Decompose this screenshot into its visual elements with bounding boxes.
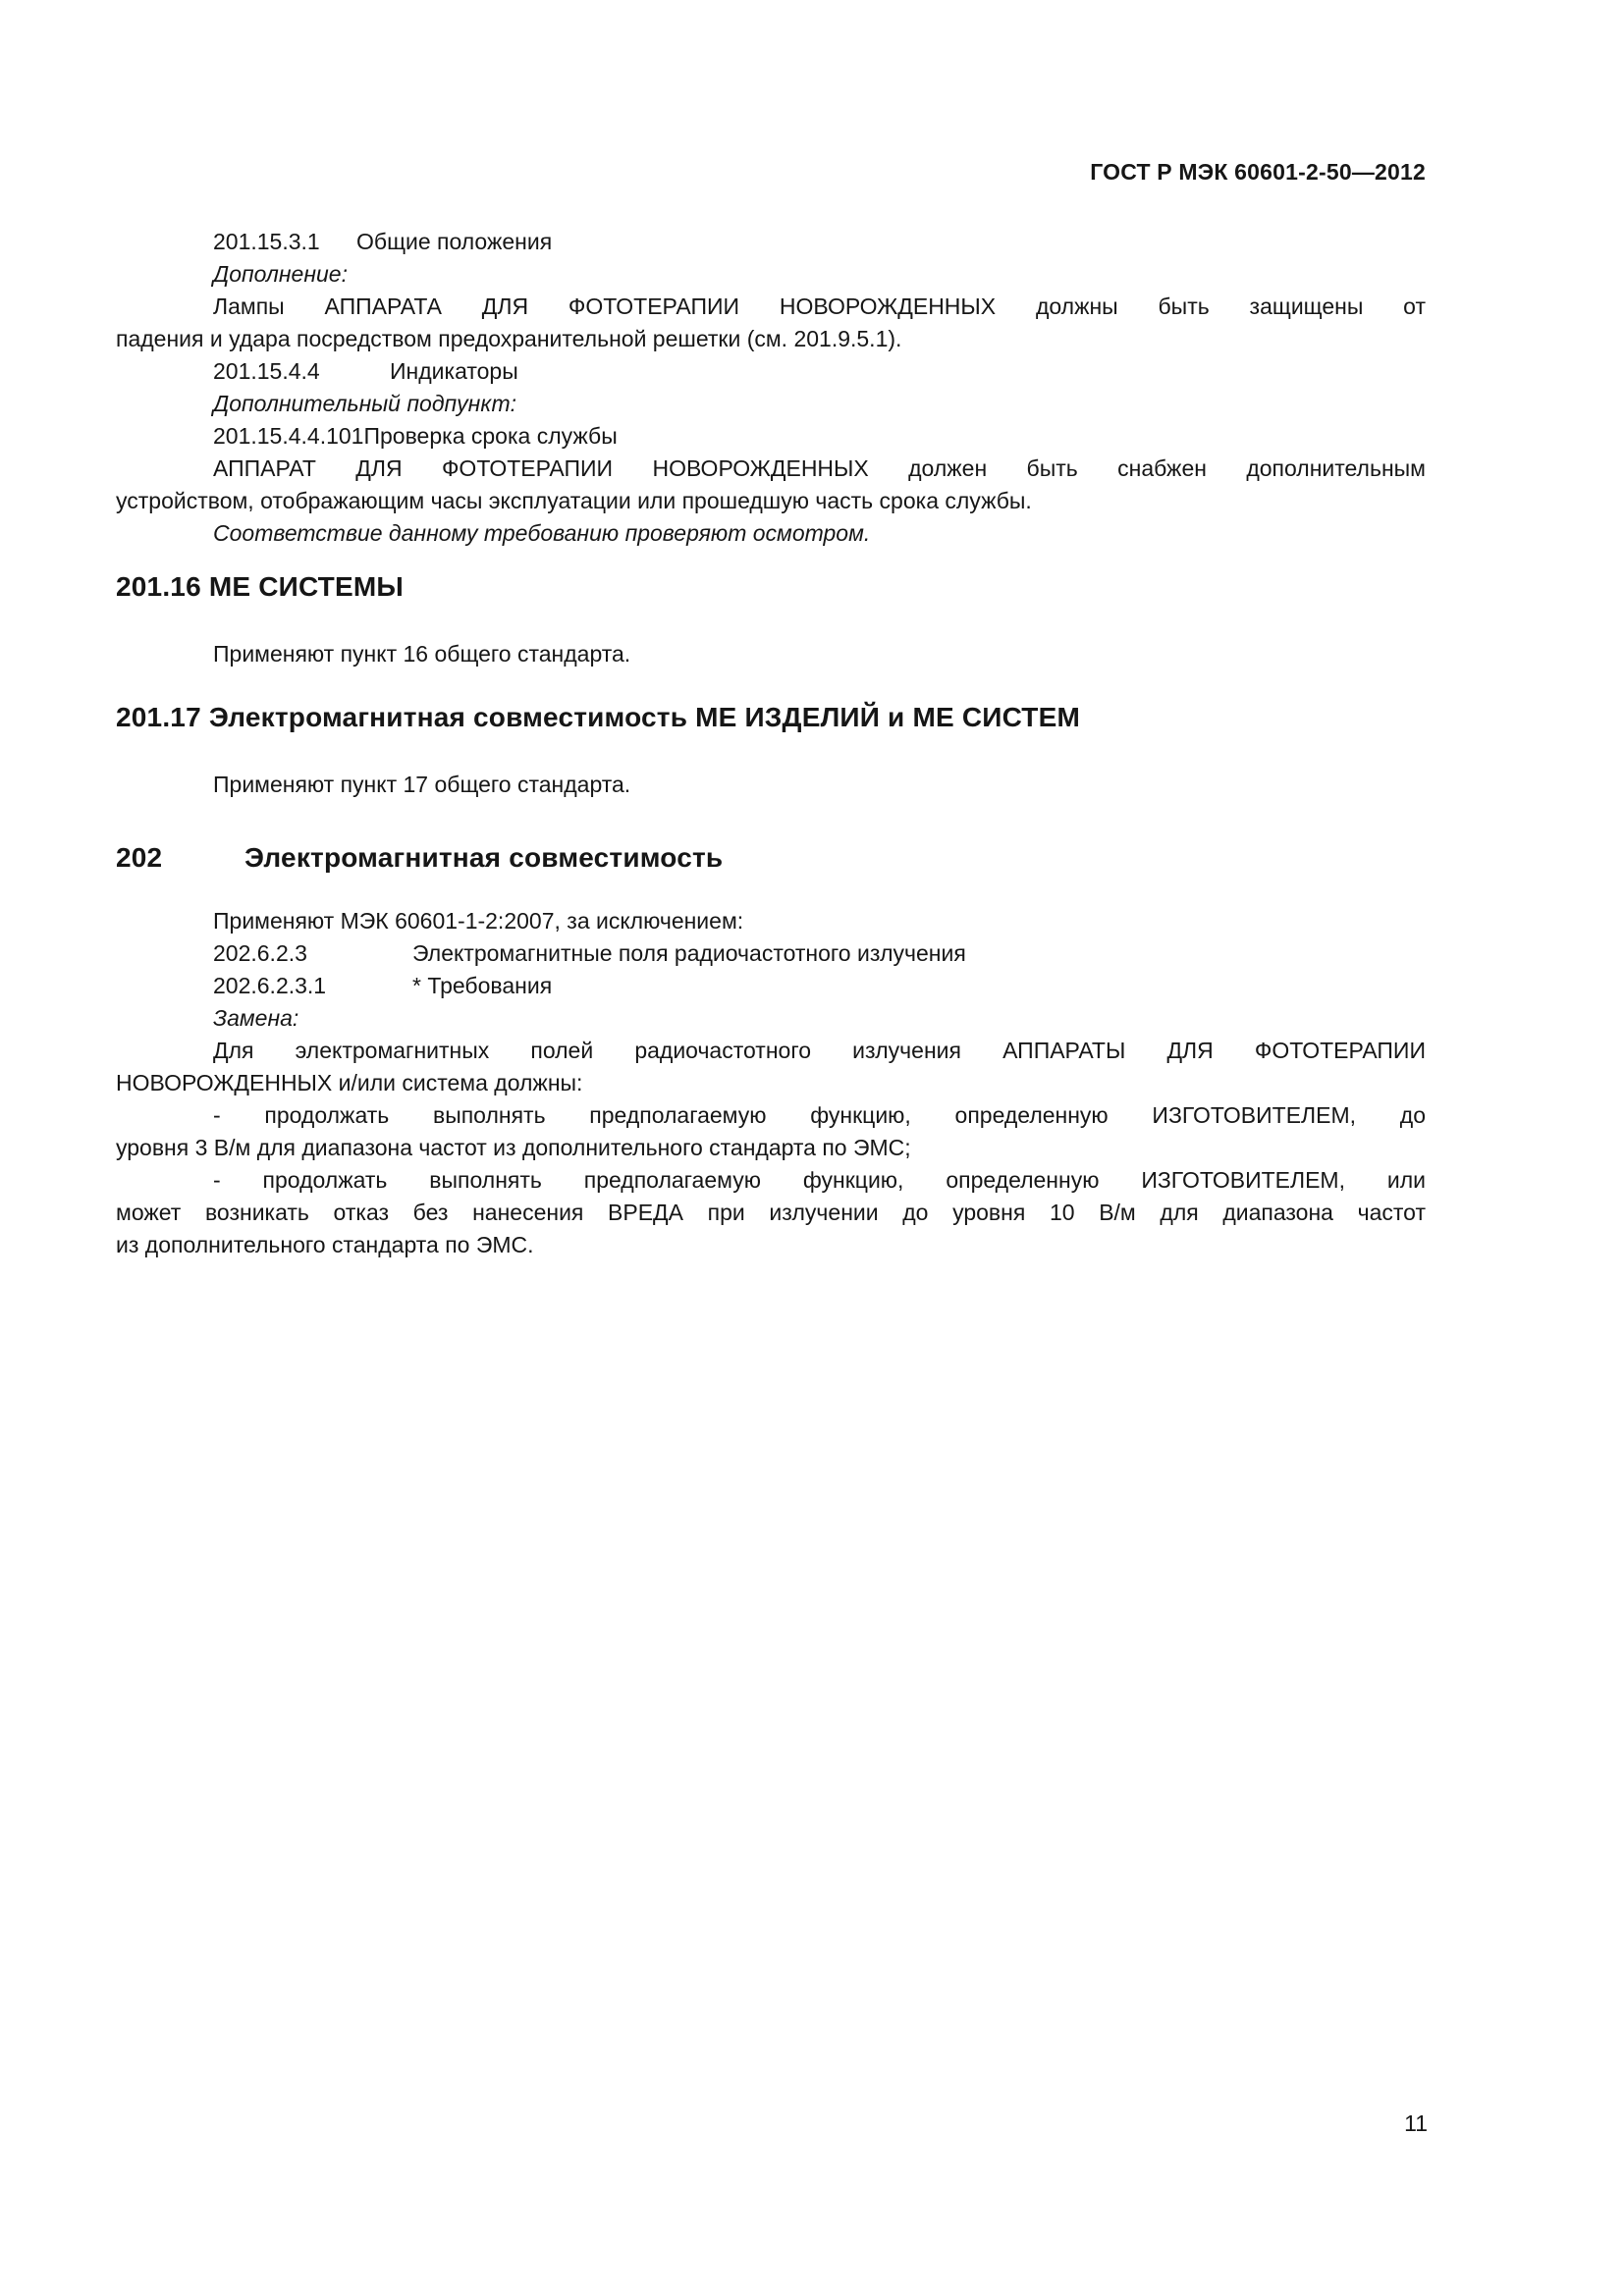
paragraph-line: устройством, отображающим часы эксплуата… — [116, 485, 1426, 517]
section-heading-201-17: 201.17 Электромагнитная совместимость МЕ… — [116, 696, 1426, 739]
section-heading-202: 202Электромагнитная совместимость — [116, 836, 1426, 880]
clause-number: 201.15.3.1 — [213, 226, 356, 258]
clause-line-202-6-2-3: 202.6.2.3Электромагнитные поля радиочаст… — [116, 937, 1426, 970]
document-page: ГОСТ Р МЭК 60601-2-50—2012 201.15.3.1Общ… — [0, 0, 1624, 2296]
clause-number: 202.6.2.3.1 — [213, 970, 412, 1002]
bullet-line: - продолжать выполнять предполагаемую фу… — [116, 1099, 1426, 1132]
paragraph-line: АППАРАТ ДЛЯ ФОТОТЕРАПИИ НОВОРОЖДЕННЫХ до… — [116, 453, 1426, 485]
paragraph-line: Лампы АППАРАТА ДЛЯ ФОТОТЕРАПИИ НОВОРОЖДЕ… — [116, 291, 1426, 323]
clause-number: 201.15.4.4 — [213, 355, 390, 388]
running-header-standard-code: ГОСТ Р МЭК 60601-2-50—2012 — [116, 157, 1426, 187]
clause-title: Электромагнитные поля радиочастотного из… — [412, 940, 966, 966]
text-block: ГОСТ Р МЭК 60601-2-50—2012 201.15.3.1Общ… — [116, 157, 1426, 1261]
bullet-line: уровня 3 В/м для диапазона частот из доп… — [116, 1132, 1426, 1164]
page-number: 11 — [1404, 2109, 1428, 2138]
clause-line-201-15-4-4: 201.15.4.4Индикаторы — [116, 355, 1426, 388]
section-number: 202 — [116, 836, 244, 880]
clause-title: * Требования — [412, 973, 552, 998]
clause-line-202-6-2-3-1: 202.6.2.3.1* Требования — [116, 970, 1426, 1002]
paragraph-line: падения и удара посредством предохраните… — [116, 323, 1426, 355]
subclause-label: Дополнительный подпункт: — [116, 388, 1426, 420]
clause-title: Индикаторы — [390, 358, 518, 384]
paragraph-line: НОВОРОЖДЕННЫХ и/или система должны: — [116, 1067, 1426, 1099]
paragraph-line: Для электромагнитных полей радиочастотно… — [116, 1035, 1426, 1067]
clause-number: 201.15.4.4.101 — [213, 420, 363, 453]
paragraph-line: Применяют пункт 17 общего стандарта. — [116, 769, 1426, 801]
clause-line-201-15-3-1: 201.15.3.1Общие положения — [116, 226, 1426, 258]
compliance-note: Соответствие данному требованию проверяю… — [116, 517, 1426, 550]
paragraph-line: Применяют МЭК 60601-1-2:2007, за исключе… — [116, 905, 1426, 937]
clause-title: Общие положения — [356, 229, 552, 254]
replacement-label: Замена: — [116, 1002, 1426, 1035]
bullet-line: из дополнительного стандарта по ЭМС. — [116, 1229, 1426, 1261]
clause-title: Проверка срока службы — [363, 423, 617, 449]
section-title: Электромагнитная совместимость — [244, 842, 723, 873]
bullet-line: - продолжать выполнять предполагаемую фу… — [116, 1164, 1426, 1197]
amendment-label: Дополнение: — [116, 258, 1426, 291]
bullet-line: может возникать отказ без нанесения ВРЕД… — [116, 1197, 1426, 1229]
section-heading-201-16: 201.16 МЕ СИСТЕМЫ — [116, 565, 1426, 609]
paragraph-line: Применяют пункт 16 общего стандарта. — [116, 638, 1426, 670]
clause-line-201-15-4-4-101: 201.15.4.4.101Проверка срока службы — [116, 420, 1426, 453]
clause-number: 202.6.2.3 — [213, 937, 412, 970]
